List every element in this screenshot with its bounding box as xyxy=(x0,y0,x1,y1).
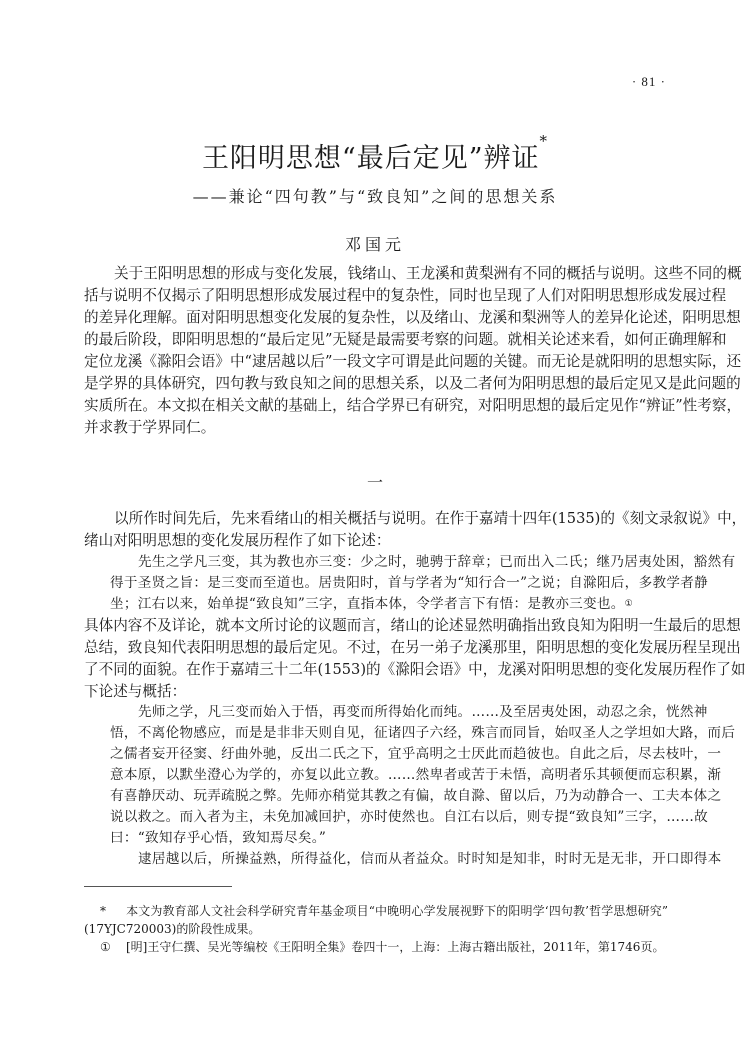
footnote-1: ①[明]王守仁撰、吴光等编校《王阳明全集》卷四十一，上海：上海古籍出版社，201… xyxy=(84,938,668,956)
block-quote-wang: 先师之学，凡三变而始入于悟，再变而所得始化而纯。……及至居夷处困，动忍之余，恍然… xyxy=(110,702,666,870)
footnote-1-mark: ① xyxy=(100,938,126,956)
text-line: 是学界的具体研究，四句教与致良知之间的思想关系，以及二者何为阳明思想的最后定见又… xyxy=(84,373,668,395)
article-title-text: 王阳明思想“最后定见”辨证 xyxy=(202,143,540,174)
quote-line-text: 坐；江右以来，始单提“致良知”三字，直指本体，令学者言下有悟：是教亦三变也。 xyxy=(110,596,625,612)
footnote-ref-1[interactable]: ① xyxy=(625,599,633,609)
section1-paragraph-1: 以所作时间先后，先来看绪山的相关概括与说明。在作于嘉靖十四年(1535)的《刻文… xyxy=(84,508,668,552)
quote-line: 悟，不离伦物感应，而是是非非天则自见，征诸四子六经，殊言而同旨，始叹圣人之学坦如… xyxy=(110,723,666,744)
footnote-1-text: [明]王守仁撰、吴光等编校《王阳明全集》卷四十一，上海：上海古籍出版社，2011… xyxy=(126,940,664,954)
text-line: 具体内容不及详论，就本文所讨论的议题而言，绪山的论述显然明确指出致良知为阳明一生… xyxy=(84,615,668,637)
article-subtitle: ——兼论“四句教”与“致良知”之间的思想关系 xyxy=(0,184,750,207)
text-line: 绪山对阳明思想的变化发展历程作了如下论述： xyxy=(84,530,668,552)
text-line: 了不同的面貌。在作于嘉靖三十二年(1553)的《滁阳会语》中，龙溪对阳明思想的变… xyxy=(84,659,668,681)
section-heading: 一 xyxy=(0,470,750,493)
quote-line: 曰：“致知存乎心悟，致知焉尽矣。” xyxy=(110,828,666,849)
footnote-star-mark: * xyxy=(100,902,126,920)
author-name: 邓国元 xyxy=(0,232,750,255)
quote-line: 意本原，以默坐澄心为学的，亦复以此立教。……然卑者或苦于未悟，高明者乐其顿便而忘… xyxy=(110,765,666,786)
quote-line: 坐；江右以来，始单提“致良知”三字，直指本体，令学者言下有悟：是教亦三变也。① xyxy=(110,594,666,615)
article-title: 王阳明思想“最后定见”辨证* xyxy=(0,136,750,175)
quote-line: 逮居越以后，所操益熟，所得益化，信而从者益众。时时知是知非，时时无是无非，开口即… xyxy=(110,849,666,870)
quote-line: 之儒者妄开径窦、纡曲外驰，反出二氏之下，宜乎高明之士厌此而趋彼也。自此之后，尽去… xyxy=(110,744,666,765)
text-line: 实质所在。本文拟在相关文献的基础上，结合学界已有研究，对阳明思想的最后定见作“辨… xyxy=(84,395,668,417)
footnotes: *本文为教育部人文社会科学研究青年基金项目“中晚明心学发展视野下的阳明学‘四句教… xyxy=(84,902,668,956)
page-number: · 81 · xyxy=(632,74,666,90)
section1-paragraph-2: 具体内容不及详论，就本文所讨论的议题而言，绪山的论述显然明确指出致良知为阳明一生… xyxy=(84,615,668,703)
text-line: 的差异化理解。面对阳明思想变化发展的复杂性，以及绪山、龙溪和梨洲等人的差异化论述… xyxy=(84,307,668,329)
footnote-star-line: (17YJC720003)的阶段性成果。 xyxy=(84,920,668,938)
quote-line: 先生之学凡三变，其为教也亦三变：少之时，驰骋于辞章；已而出入二氏；继乃居夷处困，… xyxy=(110,552,666,573)
quote-line: 说以救之。而入者为主，未免加减回护，亦时使然也。自江右以后，则专提“致良知”三字… xyxy=(110,807,666,828)
text-line: 的最后阶段，即阳明思想的“最后定见”无疑是最需要考察的问题。就相关论述来看，如何… xyxy=(84,329,668,351)
text-line: 括与说明不仅揭示了阳明思想形成发展过程中的复杂性，同时也呈现了人们对阳明思想形成… xyxy=(84,285,668,307)
text-line: 下论述与概括： xyxy=(84,681,668,703)
footnote-star-line: *本文为教育部人文社会科学研究青年基金项目“中晚明心学发展视野下的阳明学‘四句教… xyxy=(84,902,668,920)
text-line: 定位龙溪《滁阳会语》中“逮居越以后”一段文字可谓是此问题的关键。而无论是就阳明的… xyxy=(84,351,668,373)
intro-paragraph: 关于王阳明思想的形成与变化发展，钱绪山、王龙溪和黄梨洲有不同的概括与说明。这些不… xyxy=(84,263,668,439)
text-line: 并求教于学界同仁。 xyxy=(84,417,668,439)
text-line: 关于王阳明思想的形成与变化发展，钱绪山、王龙溪和黄梨洲有不同的概括与说明。这些不… xyxy=(84,263,668,285)
block-quote-qian: 先生之学凡三变，其为教也亦三变：少之时，驰骋于辞章；已而出入二氏；继乃居夷处困，… xyxy=(110,552,666,615)
text-line: 以所作时间先后，先来看绪山的相关概括与说明。在作于嘉靖十四年(1535)的《刻文… xyxy=(84,508,668,530)
footnote-star-text: 本文为教育部人文社会科学研究青年基金项目“中晚明心学发展视野下的阳明学‘四句教’… xyxy=(126,904,668,918)
text-line: 总结，致良知代表阳明思想的最后定见。不过，在另一弟子龙溪那里，阳明思想的变化发展… xyxy=(84,637,668,659)
quote-line: 得于圣贤之旨：是三变而至道也。居贵阳时，首与学者为“知行合一”之说；自滁阳后，多… xyxy=(110,573,666,594)
quote-line: 有喜静厌动、玩弄疏脱之弊。先师亦稍觉其教之有偏，故自滁、留以后，乃为动静合一、工… xyxy=(110,786,666,807)
quote-line: 先师之学，凡三变而始入于悟，再变而所得始化而纯。……及至居夷处困，动忍之余，恍然… xyxy=(110,702,666,723)
footnote-divider xyxy=(84,886,232,887)
title-footnote-mark[interactable]: * xyxy=(540,132,549,150)
